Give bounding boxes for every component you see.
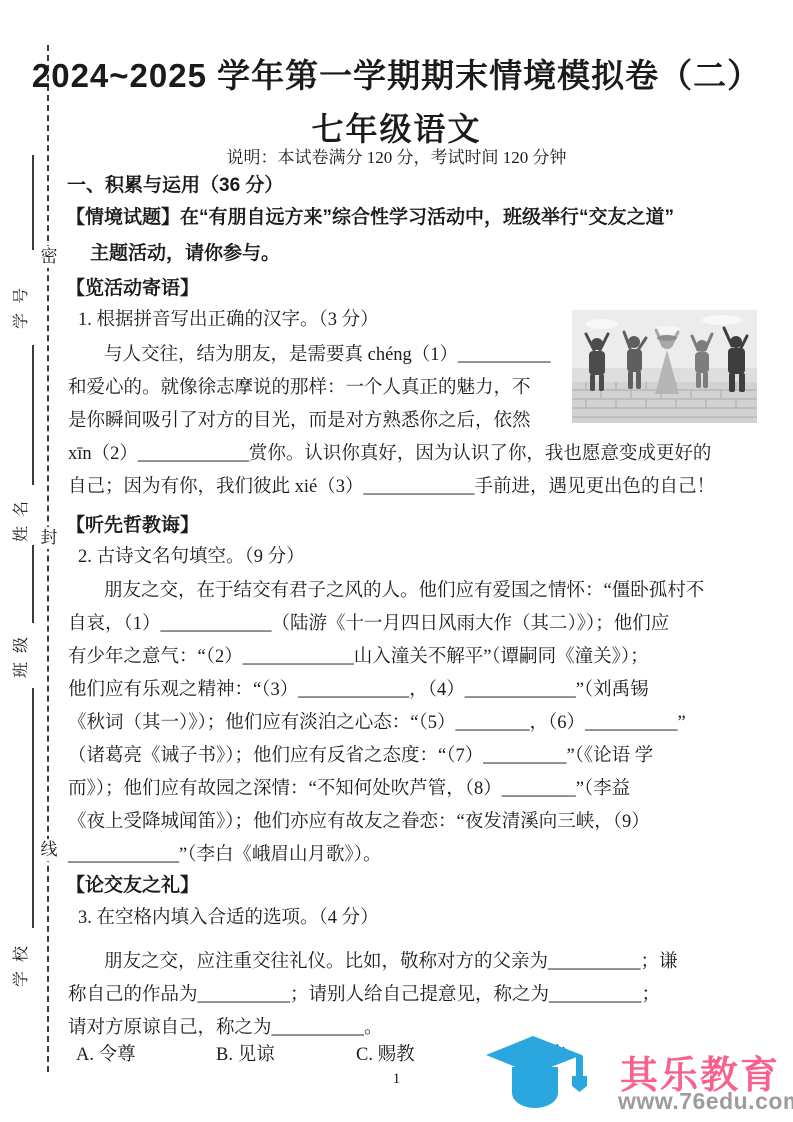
student-field-label-class: 班级: [12, 617, 32, 689]
activity-banner-1: 【览活动寄语】: [66, 273, 199, 300]
option-c: C. 赐教: [356, 1040, 415, 1066]
question2-line: 《夜上受降城闻笛》）；他们亦应有故友之眷恋：“夜发清溪向三峡，（9）: [68, 806, 760, 839]
seal-dashed-line: [47, 45, 49, 1072]
page-title: 2024~2025 学年第一学期期末情境模拟卷（二）: [0, 50, 793, 97]
graduation-cap-icon: [486, 1036, 604, 1122]
question2-line: 有少年之意气：“（2）____________山入潼关不解平”（谭嗣同《潼关》）…: [68, 641, 760, 674]
question3-line: 朋友之交，应注重交往礼仪。比如，敬称对方的父亲为__________；谦: [68, 946, 760, 979]
scenario-intro-line1: 【情境试题】在“有朋自远方来”综合性学习活动中，班级举行“交友之道”: [66, 202, 674, 229]
seal-char-mi: 密: [38, 246, 60, 268]
student-field-label-name: 姓名: [12, 481, 32, 553]
question3-text: 朋友之交，应注重交往礼仪。比如，敬称对方的父亲为__________；谦 称自己…: [68, 946, 760, 1045]
question2-line: 《秋词（其一）》）；他们应有淡泊之心态：“（5）________，（6）____…: [68, 707, 760, 740]
activity-banner-3: 【论交友之礼】: [66, 870, 199, 897]
watermark-url: www.76edu.com: [618, 1088, 793, 1115]
question3-stem: 3. 在空格内填入合适的选项。（4 分）: [78, 903, 379, 929]
option-a: A. 令尊: [76, 1040, 136, 1066]
question2-line: ____________”（李白《峨眉山月歌》）。: [68, 839, 760, 872]
question2-line: 他们应有乐观之精神：“（3）____________，（4）__________…: [68, 674, 760, 707]
question2-line: （诸葛亮《诫子书》）；他们应有反省之态度：“（7）_________”（《论语 …: [68, 740, 760, 773]
question2-line: 自哀，（1）____________（陆游《十一月四日风雨大作（其二）》）；他们…: [68, 608, 760, 641]
scenario-intro-line2: 主题活动，请你参与。: [90, 238, 280, 265]
question2-line: 朋友之交，在于结交有君子之风的人。他们应有爱国之情怀：“僵卧孤村不: [68, 575, 760, 608]
margin-rule-line: [32, 345, 34, 485]
question1-line: xīn（2）____________赏你。认识你真好，因为认识了你，我也愿意变成…: [68, 438, 760, 471]
student-field-label-number: 学号: [12, 268, 32, 340]
question3-line: 称自己的作品为__________；请别人给自己提意见，称之为_________…: [68, 979, 760, 1012]
student-field-label-school: 学校: [12, 926, 32, 998]
question2-text: 朋友之交，在于结交有君子之风的人。他们应有爱国之情怀：“僵卧孤村不 自哀，（1）…: [68, 575, 760, 872]
question1-stem: 1. 根据拼音写出正确的汉字。（3 分）: [78, 305, 379, 331]
option-b: B. 见谅: [216, 1040, 275, 1066]
exam-note: 说明：本试卷满分 120 分，考试时间 120 分钟: [0, 143, 793, 168]
question2-line: 而》）；他们应有故园之深情：“不知何处吹芦管，（8）________”（李益: [68, 773, 760, 806]
exam-paper: 密 封 线 学号 姓名 班级 学校 2024~2025 学年第一学期期末情境模拟…: [0, 0, 793, 1122]
margin-rule-line: [32, 688, 34, 928]
margin-rule-line: [32, 545, 34, 623]
section-heading: 一、积累与运用（36 分）: [67, 170, 283, 197]
margin-rule-line: [32, 155, 34, 250]
question2-stem: 2. 古诗文名句填空。（9 分）: [78, 542, 305, 568]
activity-banner-2: 【听先哲教诲】: [66, 510, 199, 537]
seal-char-feng: 封: [38, 527, 60, 549]
seal-char-xian: 线: [38, 839, 60, 861]
friends-illustration: [572, 310, 757, 423]
question1-line: 自己；因为有你，我们彼此 xié（3）____________手前进，遇见更出色…: [68, 471, 760, 504]
